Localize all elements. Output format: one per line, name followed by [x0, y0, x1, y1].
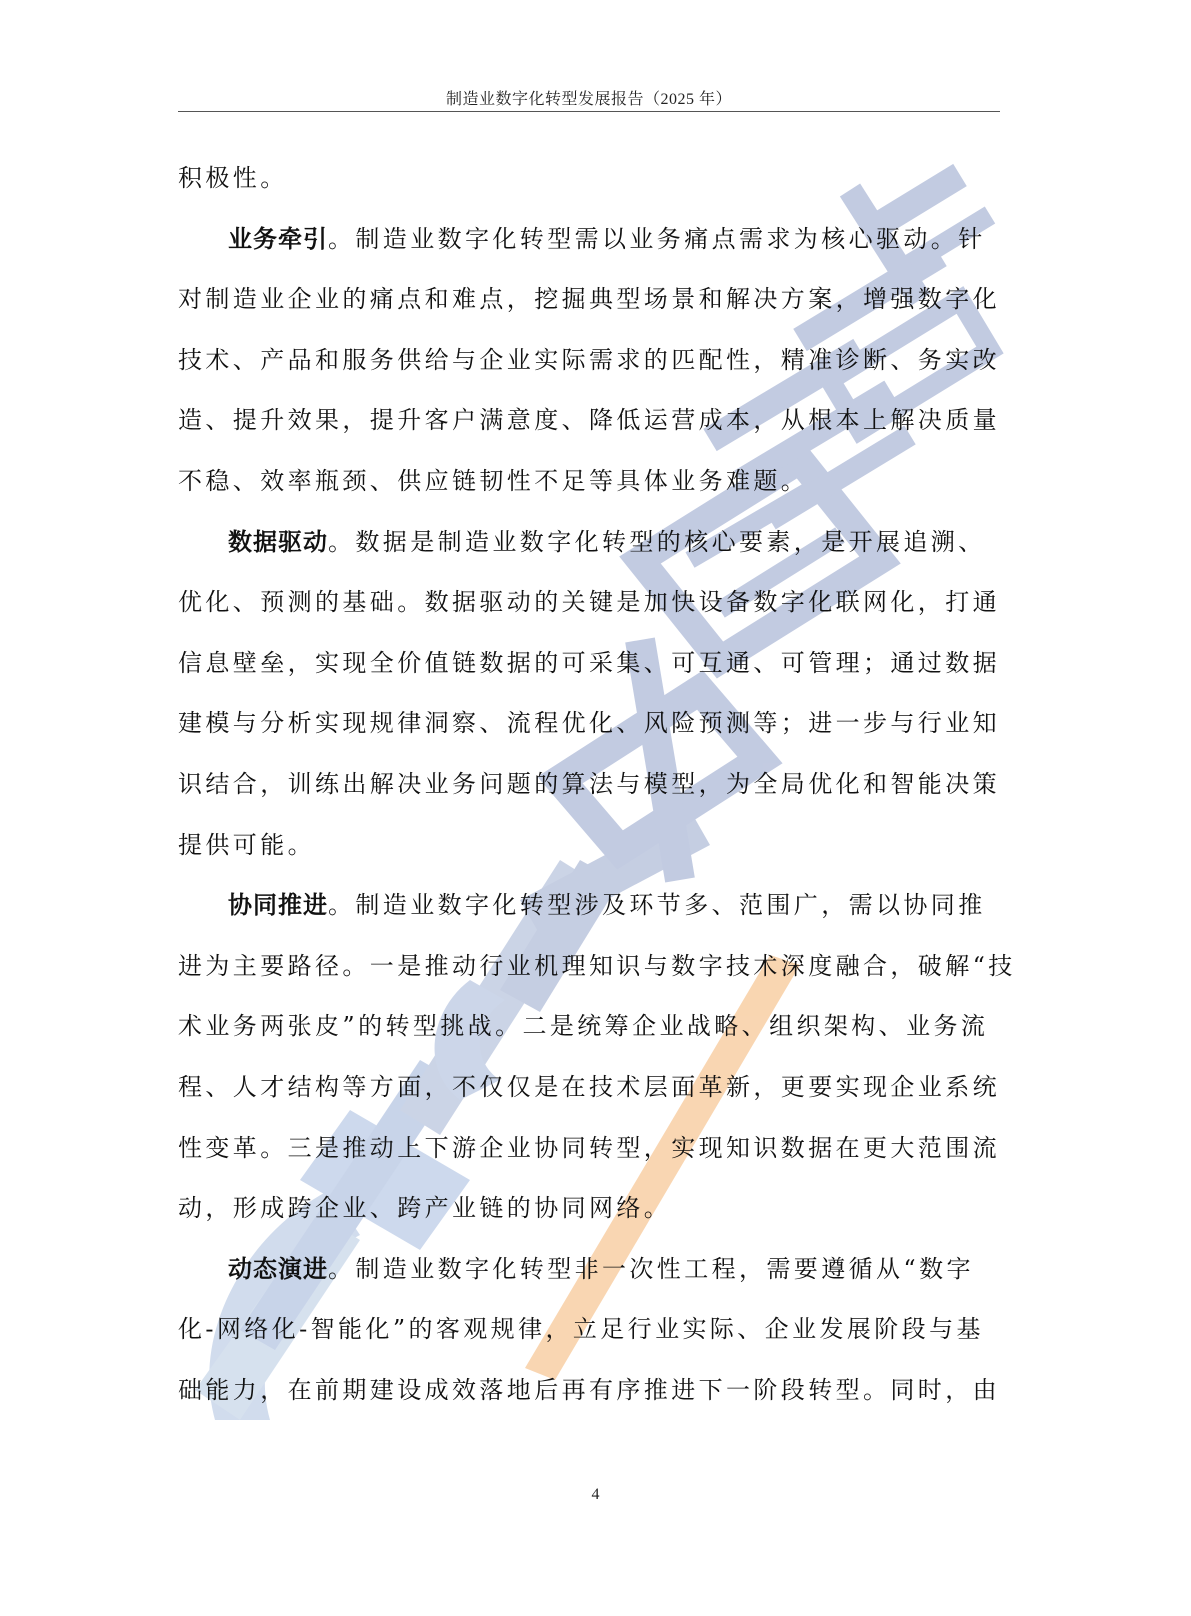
body-text: 积极性。 业务牵引。制造业数字化转型需以业务痛点需求为核心驱动。针 对制造业企业… — [178, 148, 1000, 1420]
text-line: 化-网络化-智能化”的客观规律，立足行业实际、企业发展阶段与基 — [178, 1299, 1000, 1360]
text-line: 建模与分析实现规律洞察、流程优化、风险预测等；进一步与行业知 — [178, 693, 1000, 754]
text-line: 提供可能。 — [178, 815, 1000, 876]
paragraph-continuation: 积极性。 — [178, 148, 1000, 209]
text-line-content: 。制造业数字化转型非一次性工程，需要遵循从“数字 — [328, 1255, 974, 1283]
text-line: 业务牵引。制造业数字化转型需以业务痛点需求为核心驱动。针 — [178, 209, 1000, 270]
text-line: 础能力，在前期建设成效落地后再有序推进下一阶段转型。同时，由 — [178, 1360, 1000, 1421]
text-line-content: 。数据是制造业数字化转型的核心要素，是开展追溯、 — [328, 528, 986, 556]
text-line: 动态演进。制造业数字化转型非一次性工程，需要遵循从“数字 — [178, 1239, 1000, 1300]
text-line: 数据驱动。数据是制造业数字化转型的核心要素，是开展追溯、 — [178, 512, 1000, 573]
text-line-content: 。制造业数字化转型需以业务痛点需求为核心驱动。针 — [328, 225, 986, 253]
paragraph-title: 动态演进 — [228, 1255, 328, 1283]
text-line: 信息壁垒，实现全价值链数据的可采集、可互通、可管理；通过数据 — [178, 633, 1000, 694]
text-line: 动，形成跨企业、跨产业链的协同网络。 — [178, 1178, 1000, 1239]
text-line: 优化、预测的基础。数据驱动的关键是加快设备数字化联网化，打通 — [178, 572, 1000, 633]
text-line: 性变革。三是推动上下游企业协同转型，实现知识数据在更大范围流 — [178, 1118, 1000, 1179]
paragraph-title: 业务牵引 — [228, 225, 328, 253]
text-line: 积极性。 — [178, 148, 1000, 209]
text-line: 术业务两张皮”的转型挑战。二是统筹企业战略、组织架构、业务流 — [178, 996, 1000, 1057]
text-line: 协同推进。制造业数字化转型涉及环节多、范围广，需以协同推 — [178, 875, 1000, 936]
text-line: 造、提升效果，提升客户满意度、降低运营成本，从根本上解决质量 — [178, 390, 1000, 451]
document-page: 制造业数字化转型发展报告（2025 年） 积极性。 业务牵引。制造业数字化转型需… — [0, 0, 1191, 1616]
paragraph-collaborative: 协同推进。制造业数字化转型涉及环节多、范围广，需以协同推 进为主要路径。一是推动… — [178, 875, 1000, 1239]
paragraph-dynamic-evolution: 动态演进。制造业数字化转型非一次性工程，需要遵循从“数字 化-网络化-智能化”的… — [178, 1239, 1000, 1421]
text-line: 对制造业企业的痛点和难点，挖掘典型场景和解决方案，增强数字化 — [178, 269, 1000, 330]
running-header: 制造业数字化转型发展报告（2025 年） — [178, 86, 1000, 109]
paragraph-title: 协同推进 — [228, 891, 328, 919]
paragraph-title: 数据驱动 — [228, 528, 328, 556]
text-line: 不稳、效率瓶颈、供应链韧性不足等具体业务难题。 — [178, 451, 1000, 512]
text-line-content: 。制造业数字化转型涉及环节多、范围广，需以协同推 — [328, 891, 986, 919]
text-line: 技术、产品和服务供给与企业实际需求的匹配性，精准诊断、务实改 — [178, 330, 1000, 391]
text-line: 识结合，训练出解决业务问题的算法与模型，为全局优化和智能决策 — [178, 754, 1000, 815]
header-divider — [178, 111, 1000, 112]
text-line: 进为主要路径。一是推动行业机理知识与数字技术深度融合，破解“技 — [178, 936, 1000, 997]
paragraph-business-driven: 业务牵引。制造业数字化转型需以业务痛点需求为核心驱动。针 对制造业企业的痛点和难… — [178, 209, 1000, 512]
page-number: 4 — [0, 1486, 1191, 1504]
text-line: 程、人才结构等方面，不仅仅是在技术层面革新，更要实现企业系统 — [178, 1057, 1000, 1118]
paragraph-data-driven: 数据驱动。数据是制造业数字化转型的核心要素，是开展追溯、 优化、预测的基础。数据… — [178, 512, 1000, 876]
